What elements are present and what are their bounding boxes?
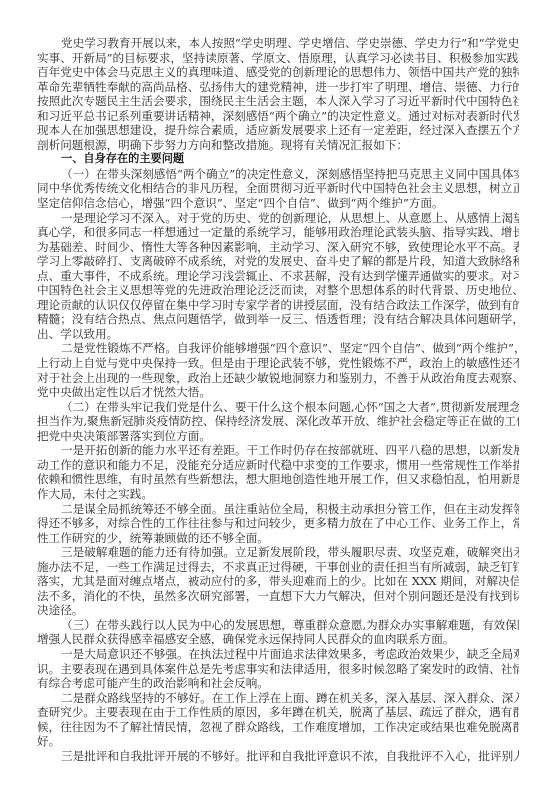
body-paragraph: 党史学习教育开展以来，本人按照“学史明理、学史增信、学史崇德、学史力行”和“学党… bbox=[37, 36, 519, 152]
text-line: 一是大局意识还不够强。在执法过程中片面追求法律效果多，考虑政治效果少，缺乏全局观… bbox=[37, 647, 519, 662]
text-line: 有综合考虑可能产生的政治影响和社会反响。 bbox=[37, 676, 519, 691]
text-line: 决途径。 bbox=[37, 603, 519, 618]
text-line: 和习近平总书记系列重要讲话精神，深刻感悟“两个确立”的决定性意义。通过对标对表新… bbox=[37, 109, 519, 124]
text-line: 坚定信仰信念信心，增强“四个意识”、坚定“四个自信”、做到“两个维护”方面。 bbox=[37, 196, 519, 211]
text-line: 法不多，消化的不快，虽然多次研究部署，一直想下大力气解决，但对个别问题还是没有找… bbox=[37, 589, 519, 604]
text-line: 担当作为,聚焦新冠肺炎疫情防控、保持经济发展、深化改革开放、维护社会稳定等正在做… bbox=[37, 414, 519, 429]
text-line: 革命先辈牺牲奉献的高尚品格、弘扬伟大的建党精神，进一步打牢了明理、增信、崇德、力… bbox=[37, 80, 519, 95]
text-line: 好。 bbox=[37, 734, 519, 749]
text-line: 二是群众路线坚持的不够好。在工作上浮在上面、蹲在机关多，深入基层、深入群众、深入… bbox=[37, 691, 519, 706]
text-line: 候，往往因为不了解社情民情，忽视了群众路线，工作难度增加，工作决定或结果也难免脱… bbox=[37, 720, 519, 735]
body-paragraph: 三是批评和自我批评开展的不够好。批评和自我批评意识不浓，自我批评不入心，批评别人… bbox=[37, 749, 519, 764]
text-line: 中国特色社会主义思想等党的先进政治理论泛泛而读，对整个思想体系的时代背景、历史地… bbox=[37, 283, 519, 298]
text-line: 党中央做出定性以后才恍然大悟。 bbox=[37, 385, 519, 400]
text-line: 三是批评和自我批评开展的不够好。批评和自我批评意识不浓，自我批评不入心，批评别人… bbox=[37, 749, 519, 764]
text-line: 得还不够多，对综合性的工作往往参与和过问较少，更多精力放在了中心工作、业务工作上… bbox=[37, 516, 519, 531]
body-paragraph: 二是谋全局抓统筹还不够全面。虽注重站位全局，积极主动承担分管工作，但在主动发挥领… bbox=[37, 502, 519, 546]
text-line: 上行动上自觉与党中央保持一致。但是由于理论武装不够，党性锻炼不严，政治上的敏感性… bbox=[37, 356, 519, 371]
text-line: 把党中央决策部署落实到位方面。 bbox=[37, 429, 519, 444]
body-paragraph: 二是党性锻炼不严格。自我评价能够增强“四个意识”、坚定“四个自信”、做到“两个维… bbox=[37, 341, 519, 399]
body-paragraph: 一是开拓创新的能力水平还有差距。干工作时仍存在按部就班、四平八稳的思想，以新发展… bbox=[37, 443, 519, 501]
text-line: 现本人在加强思想建设，提升综合素质，适应新发展要求上还有一定差距，经过深入查摆五… bbox=[37, 123, 519, 138]
text-line: 一是开拓创新的能力水平还有差距。干工作时仍存在按部就班、四平八稳的思想，以新发展… bbox=[37, 443, 519, 458]
body-paragraph: 二是群众路线坚持的不够好。在工作上浮在上面、蹲在机关多，深入基层、深入群众、深入… bbox=[37, 691, 519, 749]
text-line: 实事、开新局”的目标要求，坚持读原著、学原文、悟原理，认真学习必读书目、积极参加… bbox=[37, 51, 519, 66]
body-paragraph: 三是破解难题的能力还有待加强。立足新发展阶段，带头履职尽责、攻坚克难，破解突出矛… bbox=[37, 545, 519, 618]
section-title-paragraph: （三）在带头践行以人民为中心的发展思想，尊重群众意愿,为群众办实事解难题，有效保… bbox=[37, 618, 519, 647]
text-line: 一是理论学习不深入。对于党的历史、党的创新理论，从思想上、从意愿上、从感情上渴望… bbox=[37, 211, 519, 226]
section-heading: 一、自身存在的主要问题 bbox=[37, 152, 519, 167]
text-line: 三是破解难题的能力还有待加强。立足新发展阶段，带头履职尽责、攻坚克难，破解突出矛… bbox=[37, 545, 519, 560]
text-line: 一、自身存在的主要问题 bbox=[37, 152, 519, 167]
text-line: 百年党史中体会马克思主义的真理味道、感受党的创新理论的思想伟力、领悟中国共产党的… bbox=[37, 65, 519, 80]
text-line: 真心学，和很多同志一样想通过一定量的系统学习，能够用政治理论武装头脑、指导实践、… bbox=[37, 225, 519, 240]
text-line: 党史学习教育开展以来，本人按照“学史明理、学史增信、学史崇德、学史力行”和“学党… bbox=[37, 36, 519, 51]
body-paragraph: 一是理论学习不深入。对于党的历史、党的创新理论，从思想上、从意愿上、从感情上渴望… bbox=[37, 211, 519, 342]
text-line: 依赖和惯性思维，有时虽然有些新想法，想大胆地创造性地开展工作，但又求稳怕乱，怕用… bbox=[37, 472, 519, 487]
text-line: 查研究少。主要表现在由于工作性质的原因，多年蹲在机关，脱离了基层、疏远了群众，遇… bbox=[37, 705, 519, 720]
text-line: 对于社会上出现的一些现象，政治上还缺少敏锐地洞察力和鉴别力，不善于从政治角度去观… bbox=[37, 371, 519, 386]
text-line: 出、学以致用。 bbox=[37, 327, 519, 342]
text-line: 点、重大事件，不成系统。理论学习浅尝辄止、不求甚解，没有达到学懂弄通做实的要求。… bbox=[37, 269, 519, 284]
text-line: 落实，尤其是面对缠点堵点，被动应付的多，带头迎难而上的少。比如在 XXX 期间，… bbox=[37, 574, 519, 589]
text-line: 精髓；没有结合热点、焦点问题悟学，做到举一反三、悟透哲理；没有结合解决具体问题研… bbox=[37, 312, 519, 327]
text-line: （二）在带头牢记我们党是什么、要干什么这个根本问题,心怀“国之大者”,贯彻新发展… bbox=[37, 400, 519, 415]
text-line: 学习上零敲碎打、支离破碎不成系统，对党的发展史、奋斗史了解的都是片段，知道大致脉… bbox=[37, 254, 519, 269]
text-line: 识。主要表现在遇到具体案件总是先考虑事实和法律适用，很多时候忽略了案发时的政情、… bbox=[37, 662, 519, 677]
section-title-paragraph: （二）在带头牢记我们党是什么、要干什么这个根本问题,心怀“国之大者”,贯彻新发展… bbox=[37, 400, 519, 444]
body-paragraph: 一是大局意识还不够强。在执法过程中片面追求法律效果多，考虑政治效果少，缺乏全局观… bbox=[37, 647, 519, 691]
text-line: 二是谋全局抓统筹还不够全面。虽注重站位全局，积极主动承担分管工作，但在主动发挥领… bbox=[37, 502, 519, 517]
text-line: 按照此次专题民主生活会要求，围绕民主生活会主题，本人深入学习了习近平新时代中国特… bbox=[37, 94, 519, 109]
text-line: 为基础差、时间少、惰性大等各种因素影响，主动学习、深入研究不够，致使理论水平不高… bbox=[37, 240, 519, 255]
text-line: 同中华优秀传统文化相结合的非凡历程，全面贯彻习近平新时代中国特色社会主义思想，树… bbox=[37, 181, 519, 196]
document-page: 党史学习教育开展以来，本人按照“学史明理、学史增信、学史崇德、学史力行”和“学党… bbox=[37, 36, 519, 763]
text-line: 剖析问题根源，明确下步努力方向和整改措施。现将有关情况汇报如下： bbox=[37, 138, 519, 153]
text-line: 性工作研究的少，统筹兼顾做的还不够全面。 bbox=[37, 531, 519, 546]
text-line: 二是党性锻炼不严格。自我评价能够增强“四个意识”、坚定“四个自信”、做到“两个维… bbox=[37, 341, 519, 356]
text-line: 动工作的意识和能力不足，没能充分适应新时代稳中求变的工作要求，惯用一些常规性工作… bbox=[37, 458, 519, 473]
text-line: 增强人民群众获得感幸福感安全感，确保党永远保持同人民群众的血肉联系方面。 bbox=[37, 632, 519, 647]
text-line: （三）在带头践行以人民为中心的发展思想，尊重群众意愿,为群众办实事解难题，有效保… bbox=[37, 618, 519, 633]
text-line: 施办法不足，一些工作满足过得去，不求真正过得硬，干事创业的责任担当有所减弱，缺乏… bbox=[37, 560, 519, 575]
text-line: 理论贡献的认识仅仅停留在集中学习时专家学者的讲授层面，没有结合政法工作深学，做到… bbox=[37, 298, 519, 313]
text-line: 作大局，未付之实践。 bbox=[37, 487, 519, 502]
section-title-paragraph: （一）在带头深刻感悟“两个确立”的决定性意义，深刻感悟坚持把马克思主义同中国具体… bbox=[37, 167, 519, 211]
text-line: （一）在带头深刻感悟“两个确立”的决定性意义，深刻感悟坚持把马克思主义同中国具体… bbox=[37, 167, 519, 182]
